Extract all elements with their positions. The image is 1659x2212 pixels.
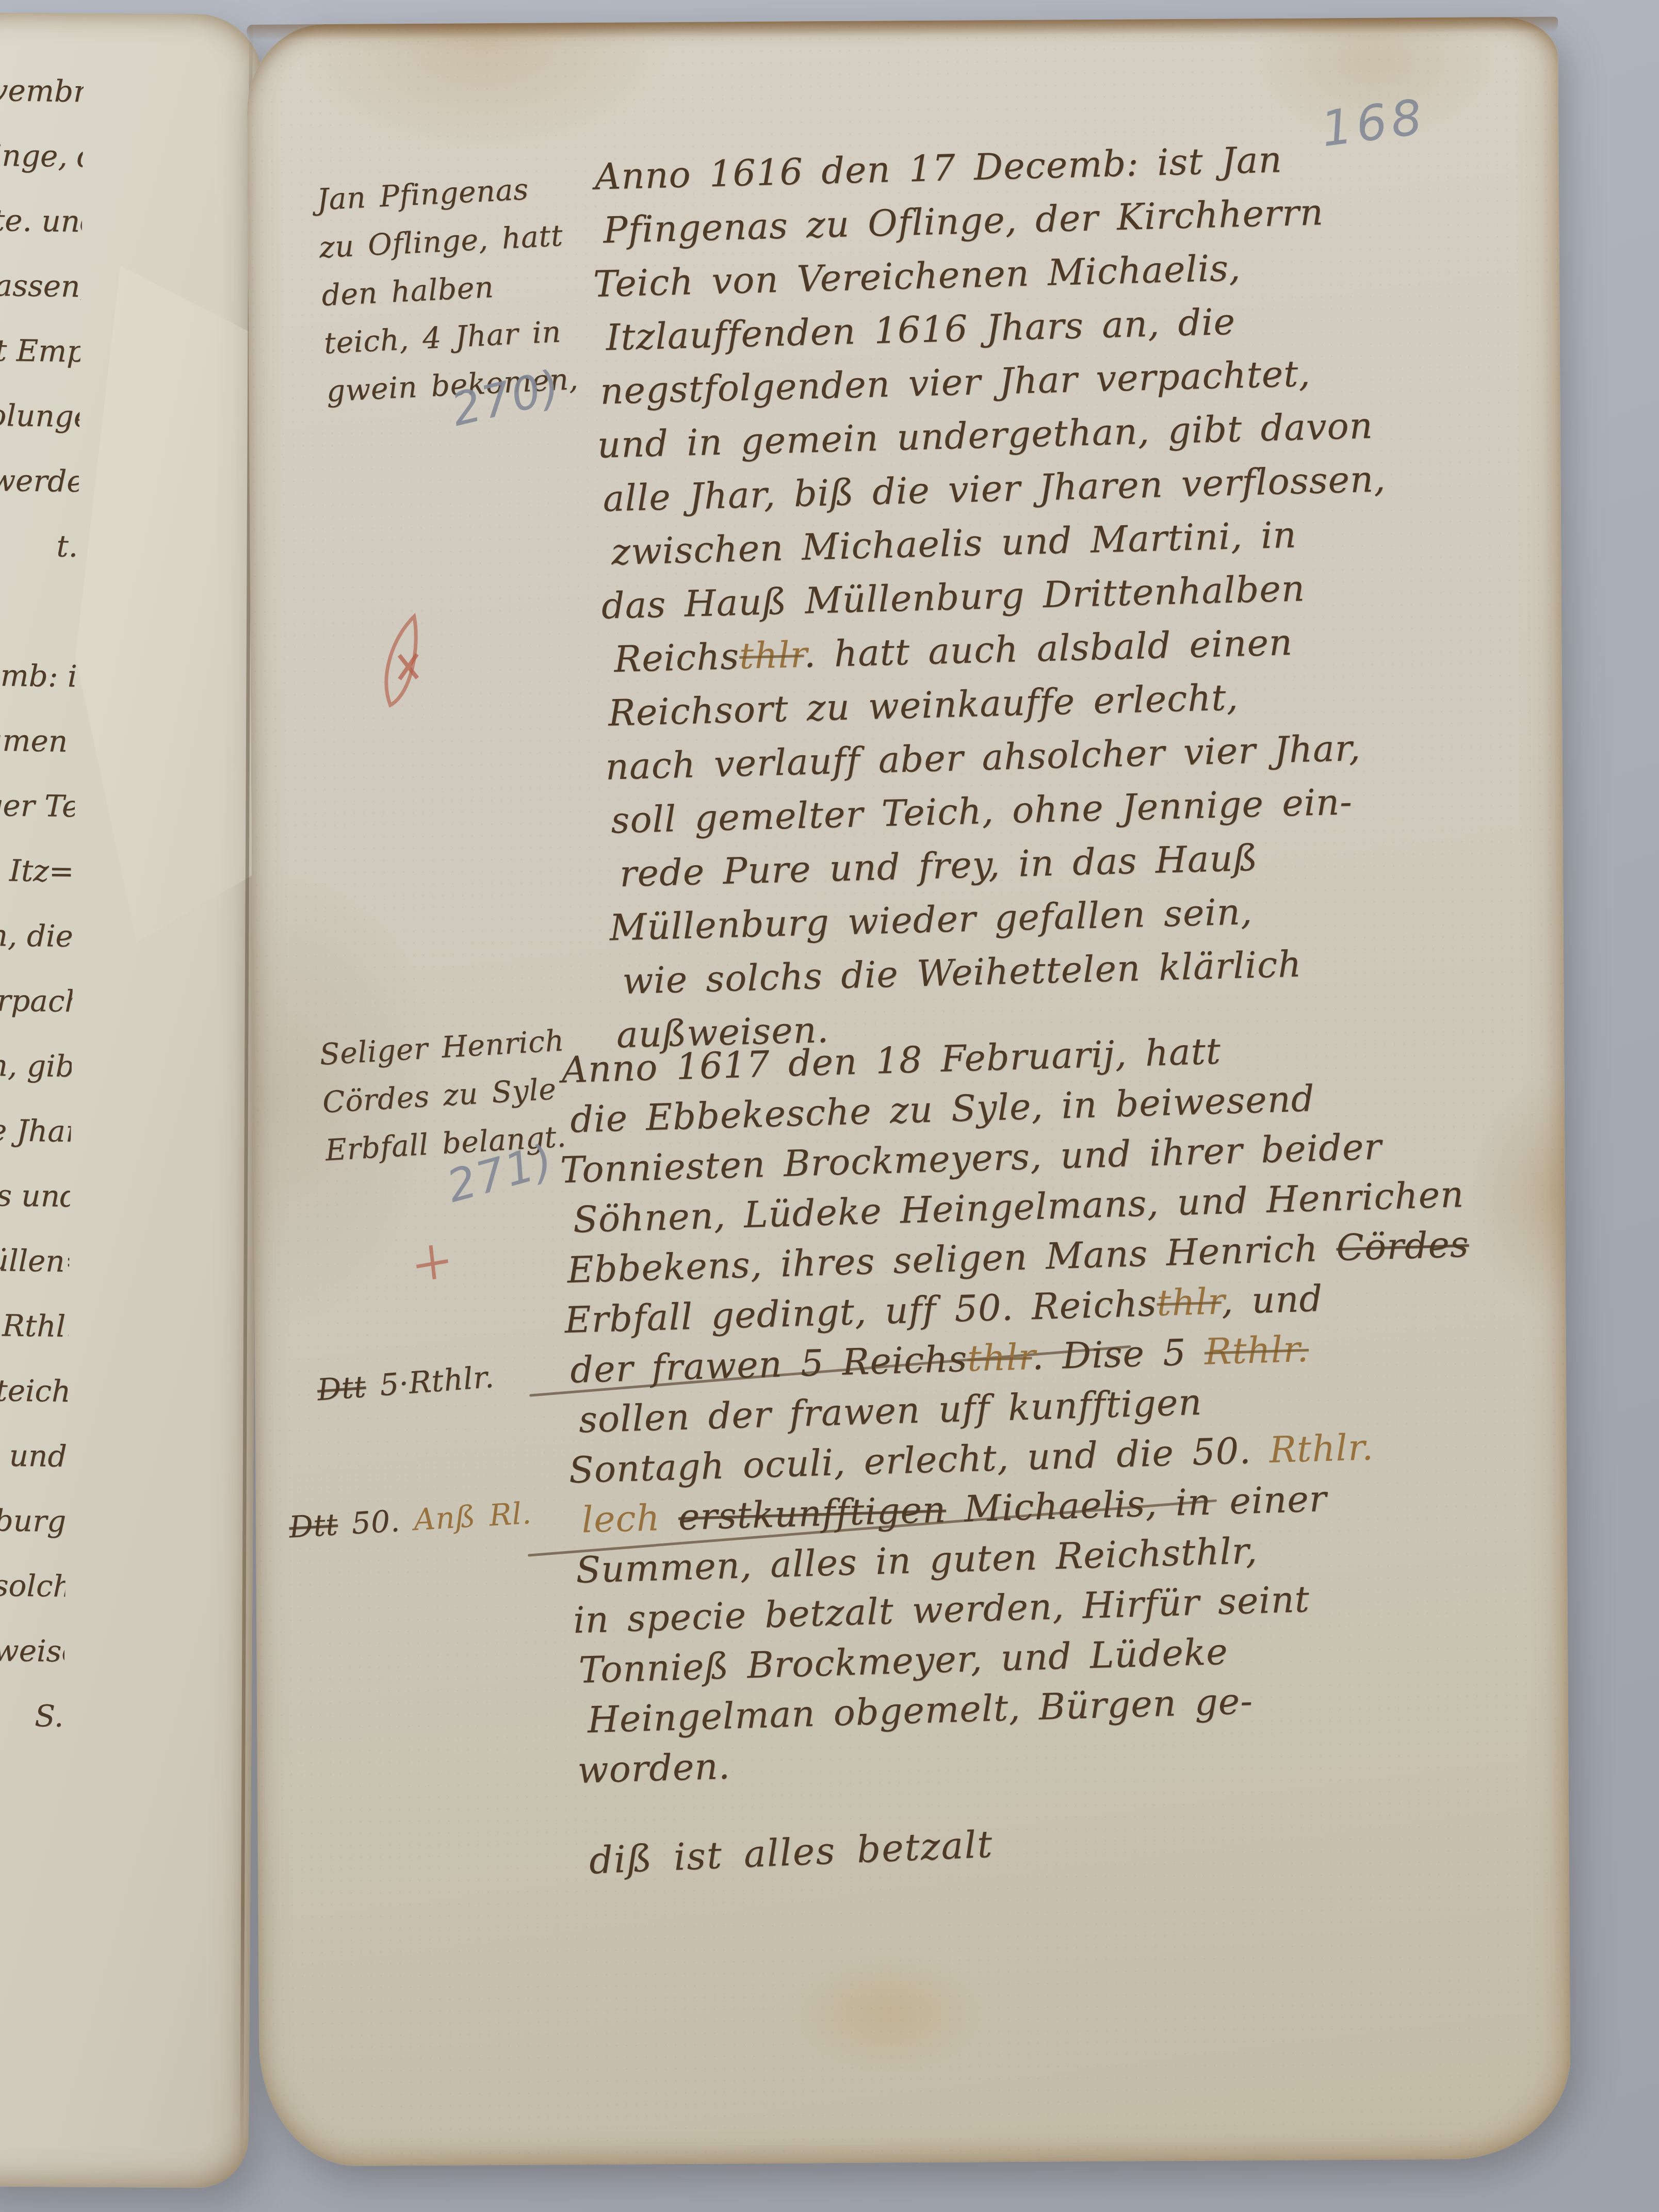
red-chalk-cross-mark <box>410 1240 455 1286</box>
margin-note-pfingenas: Jan Pfingenaszu Oflinge, hattden halbent… <box>316 162 616 416</box>
text-line: ist Empfeh= <box>0 317 81 384</box>
text-line: cemb: ist <box>0 642 77 709</box>
text-line: holunge <box>0 382 80 449</box>
main-page: 168 Jan Pfingenaszu Oflinge, hattden hal… <box>247 17 1571 2166</box>
text-line: nger Teich, <box>0 772 75 839</box>
text-line: t. <box>0 512 78 579</box>
payment-note: diß ist alles betzalt <box>588 1823 994 1882</box>
text-line: flinge, die <box>0 123 83 189</box>
text-line: ußweisen. <box>0 1617 65 1684</box>
text-line: an, die <box>0 902 74 969</box>
text-line: lis Itz= <box>0 837 74 904</box>
text-line: S. <box>0 1682 64 1749</box>
red-chalk-loop-mark <box>370 609 445 723</box>
text-line: ein, gibt <box>0 1032 72 1099</box>
text-line: nburg <box>0 1487 67 1554</box>
text-line: n, teich, <box>0 1357 68 1424</box>
text-line: hs Rthl. <box>0 1292 69 1359</box>
entry-1617-paragraph: Anno 1617 den 18 Februarij, hattdie Ebbe… <box>561 1015 1645 1796</box>
manuscript-photo: ovembris,flinge, dieffte. undrlassen,ist… <box>0 0 1659 2212</box>
text-line: rlassen, <box>0 253 82 319</box>
browned-page-edge <box>247 17 1558 40</box>
previous-page-text: ovembris,flinge, dieffte. undrlassen,ist… <box>0 58 84 1749</box>
text-line: ovembris, <box>0 58 84 124</box>
text-line: elis und <box>0 1162 70 1229</box>
text-line: es und <box>0 1422 67 1489</box>
text-line: Müllen= <box>0 1227 70 1294</box>
text-line: die Jharen <box>0 1097 71 1164</box>
text-line: t werden, <box>0 447 79 514</box>
text-line: in solchs <box>0 1552 66 1619</box>
text-line <box>0 577 77 644</box>
text-line: namen zu <box>0 707 76 774</box>
text-line: verpachtet <box>0 967 73 1034</box>
entry-1616-paragraph: Anno 1616 den 17 Decemb: ist JanPfingena… <box>594 124 1643 1062</box>
text-line: ffte. und <box>0 188 83 254</box>
